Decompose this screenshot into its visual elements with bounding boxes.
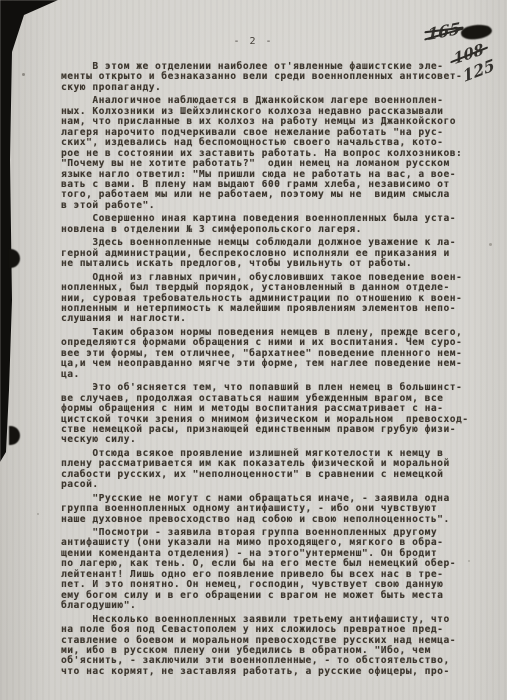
paragraph-3: Совершенно иная картина поведения военно… <box>61 214 485 235</box>
punch-hole <box>9 249 20 268</box>
paragraph-2: Аналогичное наблюдается в Джанкойском ла… <box>61 96 485 211</box>
scan-corner-shadow <box>0 0 70 470</box>
paragraph-4: Здесь военнопленные немцы соблюдали долж… <box>61 238 485 269</box>
dust-speck <box>489 243 492 246</box>
dust-speck <box>37 513 39 515</box>
paragraph-5: Одной из главных причин, обусловивших та… <box>61 273 485 325</box>
paragraph-11: Несколько военнопленных заявили третьему… <box>61 615 485 678</box>
dust-speck <box>468 560 470 562</box>
paragraph-9: "Русские не могут с нами обращаться инач… <box>61 494 485 525</box>
scanned-document-page: - 2 - 165 108 125 В этом же отделении на… <box>0 0 507 700</box>
paragraph-8: Отсюда всякое проявление излишней мягкот… <box>61 449 485 491</box>
typewritten-text-block: В этом же отделении наиболее от'явленные… <box>61 62 485 680</box>
punch-hole <box>9 426 20 445</box>
paragraph-7: Это об'ясняется тем, что попавший в плен… <box>61 383 485 446</box>
paragraph-6: Таким образом нормы поведения немцев в п… <box>61 328 485 380</box>
paragraph-10: "Посмотри - заявила вторая группа военно… <box>61 528 485 612</box>
paragraph-1: В этом же отделении наиболее от'явленные… <box>61 62 485 93</box>
dust-speck <box>22 73 25 76</box>
